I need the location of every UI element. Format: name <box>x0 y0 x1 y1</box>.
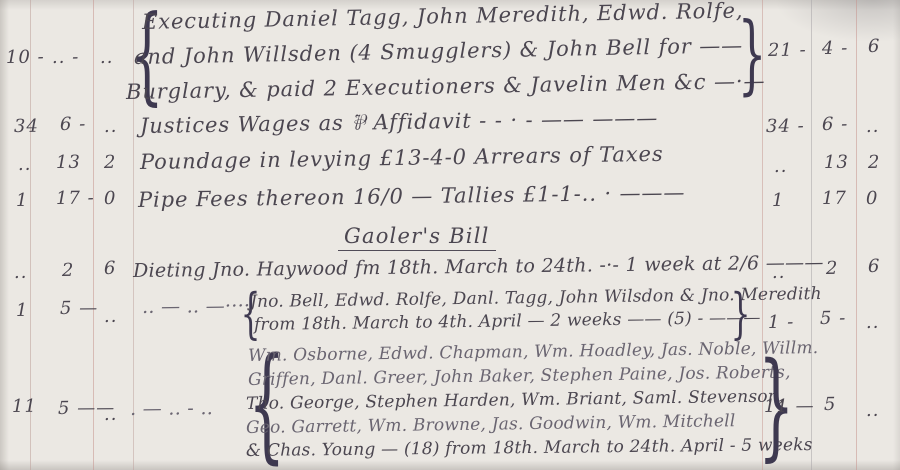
amount-left-pence: .. <box>104 306 118 327</box>
amount-right-shillings: 17 <box>822 188 847 209</box>
entry-brace-close: } <box>731 287 751 342</box>
amount-left-pence: .. <box>100 47 114 68</box>
amount-right-pence: .. <box>866 116 880 137</box>
amount-left-shillings: 6 - <box>60 114 86 135</box>
amount-left-pounds: 10 - <box>6 47 45 68</box>
amount-left-pounds: .. <box>18 154 32 175</box>
ledger-line: Justices Wages as ⅌ Affidavit - - · - ——… <box>140 104 659 140</box>
ledger-line: Poundage in levying £13-4-0 Arrears of T… <box>140 142 664 174</box>
ledger-line: Pipe Fees thereon 16/0 — Tallies £1-1-..… <box>138 180 686 212</box>
amount-right-shillings: 5 <box>824 394 837 415</box>
amount-left-pounds: 1 <box>16 300 29 321</box>
ledger-line: Burglary, & paid 2 Executioners & Javeli… <box>126 69 766 104</box>
amount-left-shillings: 17 - <box>56 188 95 209</box>
ledger-line: from 18th. March to 4th. April — 2 weeks… <box>254 308 761 335</box>
amount-left-pounds: 34 <box>14 116 39 137</box>
amount-left-shillings: 13 <box>56 152 81 173</box>
amount-right-pounds: 1 <box>772 190 785 211</box>
amount-left-pence: .. <box>104 116 118 137</box>
amount-left-pence: 2 <box>104 152 117 173</box>
ledger-line: & Chas. Young — (18) from 18th. March to… <box>246 435 813 461</box>
amount-right-shillings: 4 - <box>822 38 848 59</box>
amount-right-pence: 2 <box>868 152 881 173</box>
section-header: Gaoler's Bill <box>338 224 496 251</box>
amount-left-pence: .. <box>104 404 118 425</box>
amount-left-shillings: .. - <box>52 47 79 68</box>
amount-left-pounds: .. <box>14 262 28 283</box>
amount-right-pence: 0 <box>866 188 879 209</box>
amount-right-shillings: 6 - <box>822 114 848 135</box>
entry-brace-close: } <box>738 12 767 98</box>
lead-dashes: . — .. - .. <box>130 397 213 420</box>
amount-right-pounds: 21 - <box>768 40 807 61</box>
amount-right-pounds: .. <box>772 262 786 283</box>
lead-dashes: .. — .. —···· <box>142 295 251 318</box>
amount-right-shillings: 13 <box>824 152 849 173</box>
amount-right-pence: 6 <box>868 256 881 277</box>
amount-right-shillings: 5 - <box>820 308 846 329</box>
ledger-line: and John Willsden (4 Smugglers) & John B… <box>134 33 744 69</box>
ledger-line: Geo. Garrett, Wm. Browne, Jas. Goodwin, … <box>246 411 736 438</box>
amount-left-pence: 6 <box>104 258 117 279</box>
ledger-line: Wm. Osborne, Edwd. Chapman, Wm. Hoadley,… <box>248 338 819 366</box>
amount-right-pounds: 34 - <box>766 116 805 137</box>
amount-left-pounds: 1 <box>16 190 29 211</box>
ledger-page: { Executing Daniel Tagg, John Meredith, … <box>0 0 900 470</box>
amount-right-pence: .. <box>866 312 880 333</box>
ledger-line: Griffen, Danl. Greer, John Baker, Stephe… <box>248 362 791 390</box>
ledger-line: Executing Daniel Tagg, John Meredith, Ed… <box>142 0 744 34</box>
amount-right-pounds: 1 - <box>768 312 794 333</box>
amount-left-pounds: 11 <box>12 396 37 417</box>
amount-right-pounds: .. <box>774 156 788 177</box>
amount-left-pence: 0 <box>104 188 117 209</box>
ledger-line: Dieting Jno. Haywood fm 18th. March to 2… <box>133 252 824 282</box>
amount-right-pence: .. <box>866 400 880 421</box>
amount-right-shillings: 2 <box>826 258 839 279</box>
amount-left-shillings: 5 — <box>60 298 98 319</box>
amount-right-pence: 6 <box>868 36 881 57</box>
amount-right-pounds: 11 — <box>764 395 815 417</box>
amount-left-shillings: 2 <box>62 260 75 281</box>
ledger-line: Tho. George, Stephen Harden, Wm. Briant,… <box>246 386 785 414</box>
column-rule <box>856 0 857 470</box>
